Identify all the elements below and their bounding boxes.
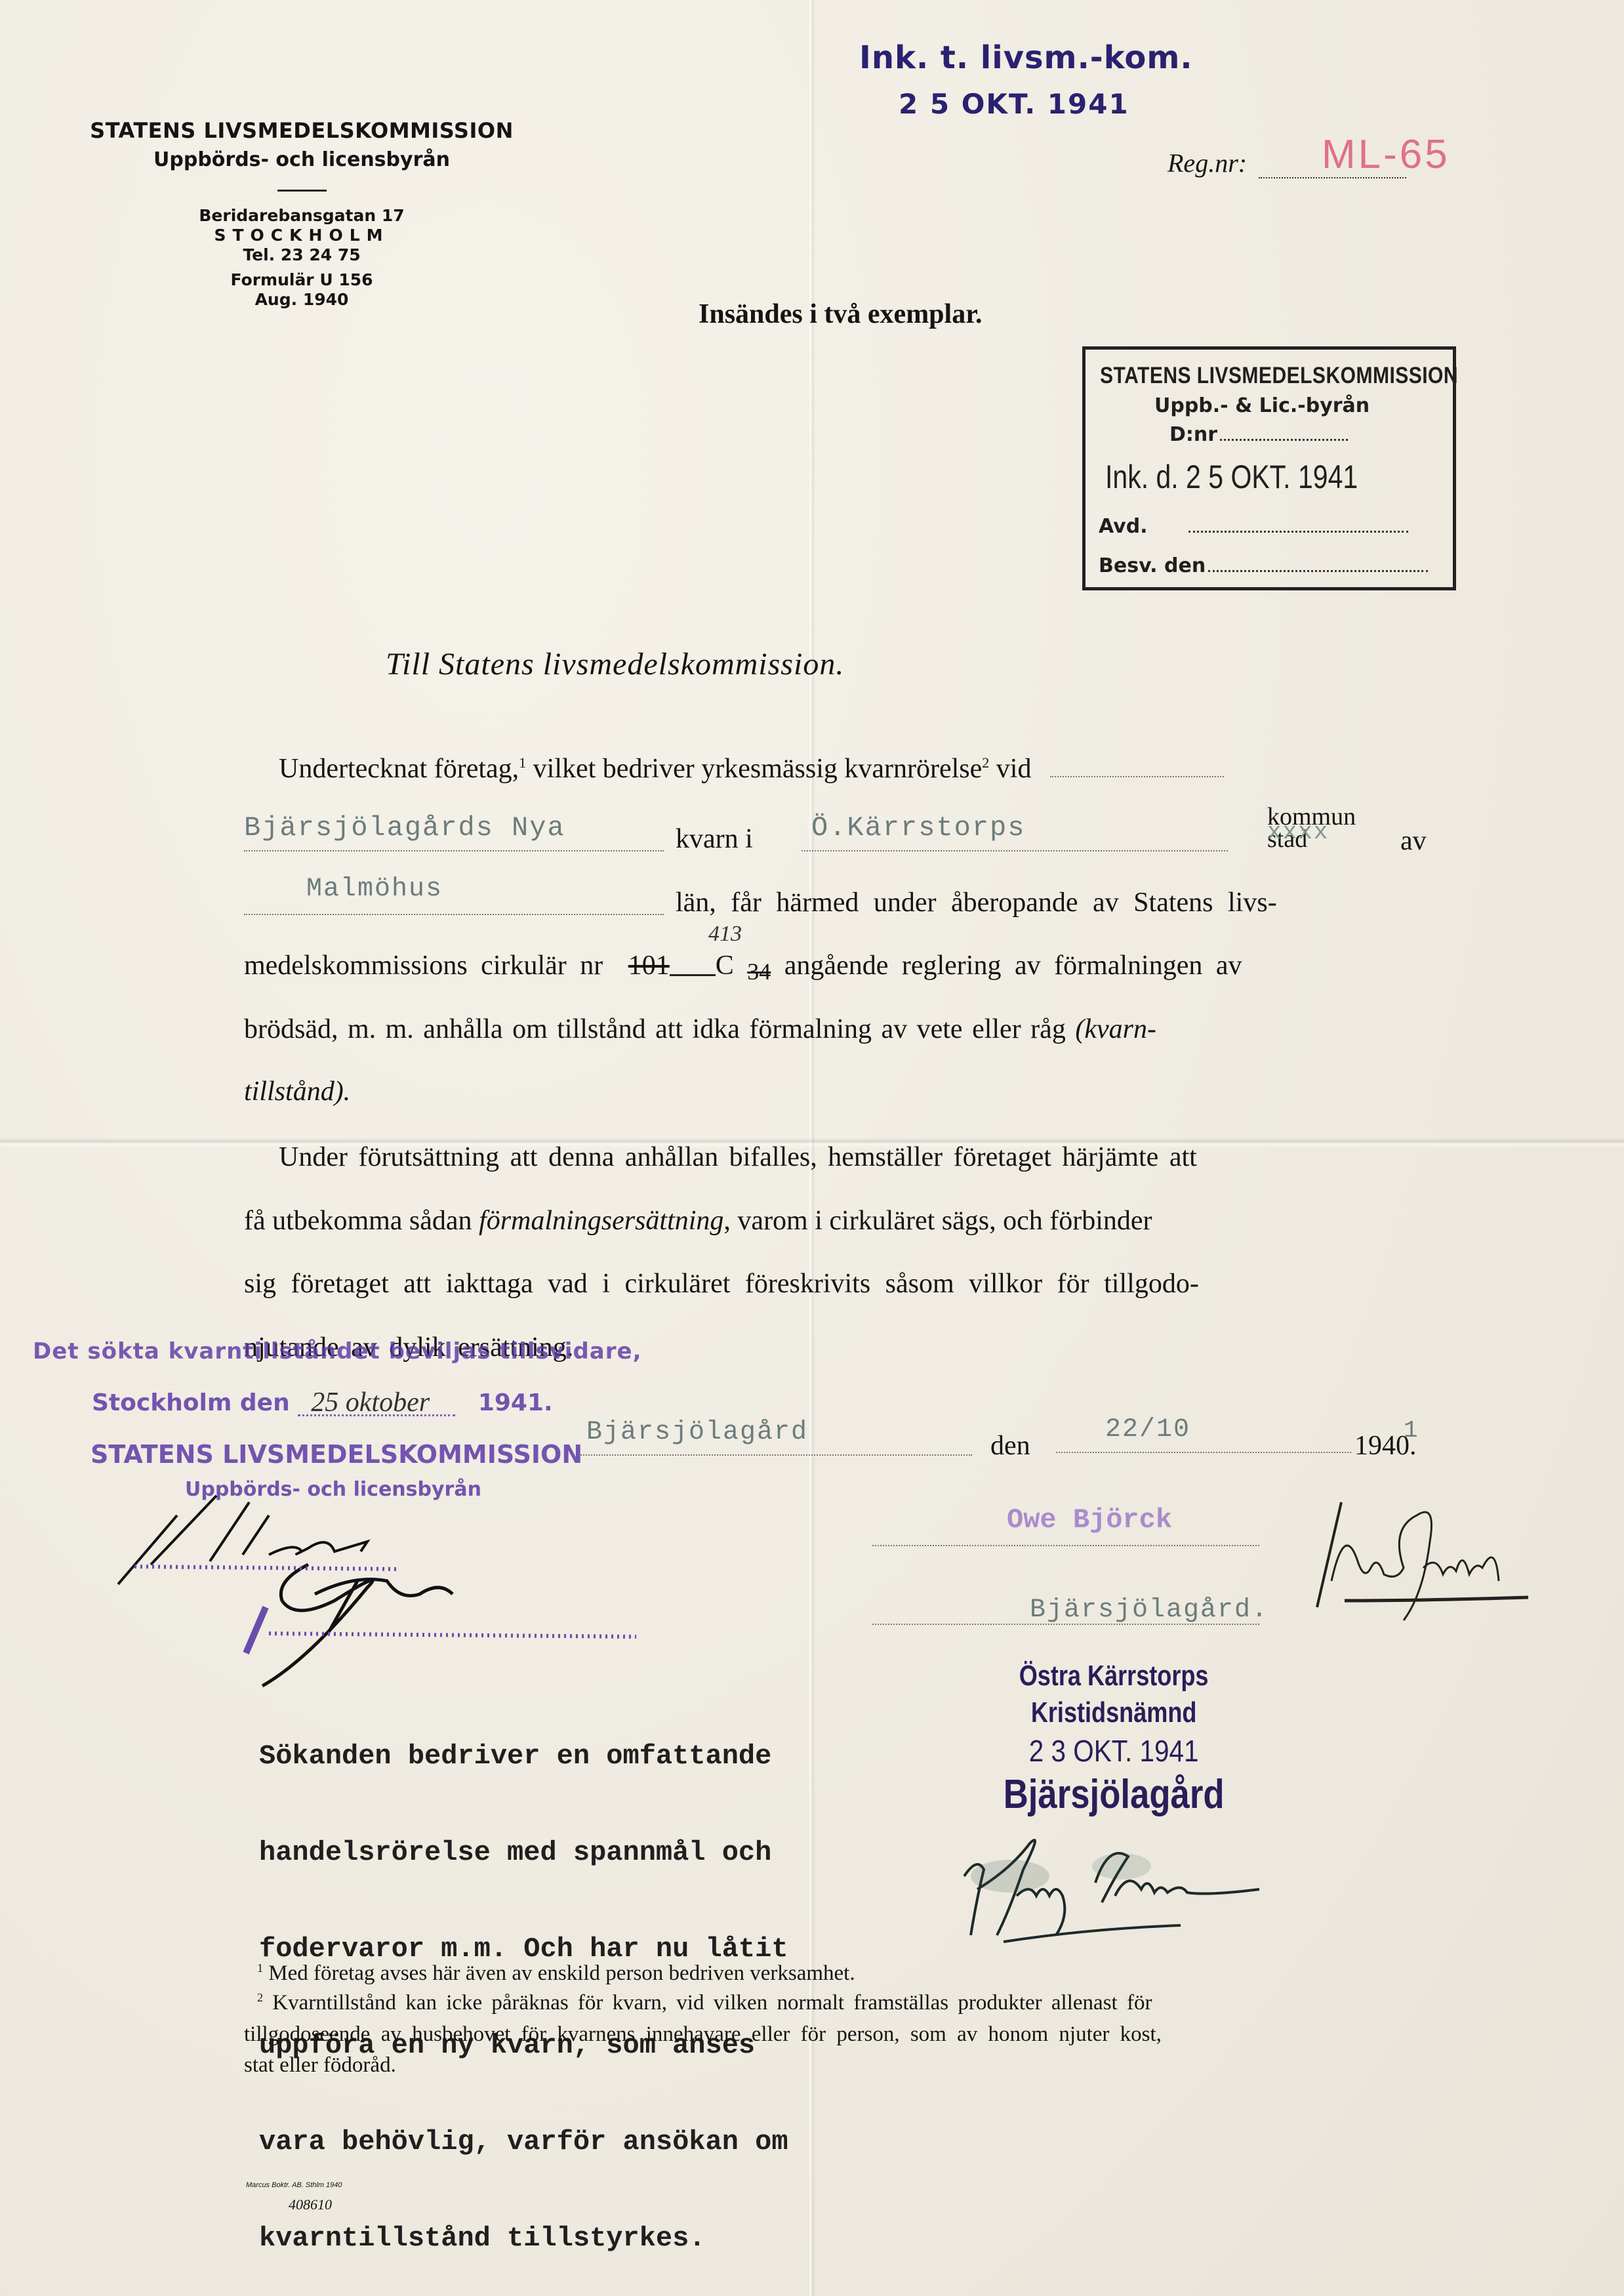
date-field[interactable]: 22/10 xyxy=(1056,1420,1351,1453)
dnr-dotted-line xyxy=(1220,423,1348,441)
kristid-stamp-line-2: Kristidsnämnd xyxy=(1007,1696,1221,1729)
approval-signatures xyxy=(112,1489,636,1692)
approval-stamp-line-1: Det sökta kvarntillståndet beviljas till… xyxy=(33,1338,641,1364)
letterhead: STATENS LIVSMEDELSKOMMISSION Uppbörds- o… xyxy=(85,118,518,310)
box-stamp-avd: Avd. xyxy=(1099,515,1408,538)
form-date: Aug. 1940 xyxy=(85,290,518,310)
comment-line: Sökanden bedriver en omfattande xyxy=(259,1740,788,1773)
org-name: STATENS LIVSMEDELSKOMMISSION xyxy=(85,118,518,143)
avd-dotted-line xyxy=(1188,515,1408,533)
mill-name-value: Bjärsjölagårds Nya xyxy=(244,812,565,844)
incoming-box-stamp: STATENS LIVSMEDELSKOMMISSION Uppb.- & Li… xyxy=(1082,346,1456,590)
county-field[interactable]: Malmöhus xyxy=(244,876,664,915)
street-address: Beridarebansgatan 17 xyxy=(85,206,518,226)
name-field[interactable]: Owe Björck xyxy=(872,1519,1259,1546)
place-field[interactable]: Bjärsjölagård xyxy=(579,1420,972,1456)
handwritten-circular-number: 413 xyxy=(708,922,742,947)
kristid-stamp-date: 2 3 OKT. 1941 xyxy=(1000,1733,1228,1769)
text: vid xyxy=(996,754,1032,784)
kristid-stamp-line-1: Östra Kärrstorps xyxy=(1007,1660,1221,1692)
comment-line: fodervaror m.m. Och har nu låtit xyxy=(259,1933,788,1965)
circular-letter: C xyxy=(716,951,734,981)
approval-year: 1941. xyxy=(478,1389,553,1416)
approval-stamp-org: STATENS LIVSMEDELSKOMMISSION xyxy=(91,1440,582,1469)
body-line-3: län, får härmed under åberopande av Stat… xyxy=(676,887,1277,918)
footnote-2-line-3: stat eller födoråd. xyxy=(244,2053,396,2078)
approval-date-handwritten: 25 oktober xyxy=(311,1387,430,1418)
received-stamp-label: Ink. t. livsm.-kom. xyxy=(859,39,1193,76)
text-italic: (kvarn- xyxy=(1075,1014,1156,1044)
footnote-text: Med företag avses här även av enskild pe… xyxy=(268,1961,855,1985)
body-line-6: tillstånd). xyxy=(244,1076,350,1107)
text: brödsäd, m. m. anhålla om tillstånd att … xyxy=(244,1014,1066,1044)
kristid-stamp-place: Bjärsjölagård xyxy=(1004,1771,1225,1818)
body-line-1: Undertecknat företag,1 vilket bedriver y… xyxy=(279,753,1472,785)
text-italic: förmalningsersättning xyxy=(479,1206,723,1236)
municipality-value: Ö.Kärrstorps xyxy=(811,812,1025,844)
text: Undertecknat företag, xyxy=(279,754,519,784)
received-stamp: Ink. t. livsm.-kom. 2 5 OKT. 1941 xyxy=(859,39,1193,120)
received-stamp-date: 2 5 OKT. 1941 xyxy=(899,88,1193,120)
body-line-5: brödsäd, m. m. anhålla om tillstånd att … xyxy=(244,1014,1156,1045)
registration-value: ML-65 xyxy=(1322,131,1450,178)
avd-label: Avd. xyxy=(1099,515,1148,538)
approval-date-field[interactable]: 25 oktober xyxy=(298,1395,455,1416)
para2-line-3: sig företaget att iakttaga vad i cirkulä… xyxy=(244,1268,1199,1300)
mill-name-field[interactable]: Bjärsjölagårds Nya xyxy=(244,812,664,851)
text: medelskommissions cirkulär nr xyxy=(244,951,603,981)
footnote-2: 2 Kvarntillstånd kan icke påräknas för k… xyxy=(257,1991,1152,2015)
box-stamp-subtitle: Uppb.- & Lic.-byrån xyxy=(1154,394,1370,417)
footnote-ref-1: 1 xyxy=(519,754,526,771)
municipality-field[interactable]: Ö.Kärrstorps xyxy=(802,812,1228,851)
box-stamp-dnr: D:nr xyxy=(1169,423,1348,446)
text: vilket bedriver yrkesmässig kvarnrörelse xyxy=(533,754,983,784)
signature-owe-bjorck xyxy=(1305,1502,1535,1633)
printer-imprint: Marcus Boktr. AB. Sthlm 1940 xyxy=(246,2181,342,2189)
box-stamp-title: STATENS LIVSMEDELSKOMMISSION xyxy=(1100,363,1458,389)
footnote-ref-2: 2 xyxy=(982,754,989,771)
footnote-mark: 2 xyxy=(257,1991,263,2004)
comment-line: handelsrörelse med spannmål och xyxy=(259,1837,788,1869)
strike-line xyxy=(670,960,716,976)
city: STOCKHOLM xyxy=(85,226,518,245)
para2-line-2: få utbekomma sådan förmalningsersättning… xyxy=(244,1205,1152,1237)
footnote-1: 1 Med företag avses här även av enskild … xyxy=(257,1961,855,1986)
name-stamp: Owe Björck xyxy=(1007,1504,1172,1536)
besv-label: Besv. den xyxy=(1099,554,1206,577)
kommun-stad-choice: kommun xxxx stad xyxy=(1267,806,1356,850)
circular-number: 34 xyxy=(747,958,771,985)
box-stamp-date: Ink. d. 2 5 OKT. 1941 xyxy=(1105,458,1358,496)
dotted-line xyxy=(1050,756,1224,777)
comment-line: vara behövlig, varför ansökan om xyxy=(259,2126,788,2158)
body-line-4: medelskommissions cirkulär nr 101C 34 an… xyxy=(244,950,1242,981)
phone: Tel. 23 24 75 xyxy=(85,245,518,265)
text: få utbekomma sådan xyxy=(244,1206,472,1236)
box-stamp-besv: Besv. den xyxy=(1099,554,1428,577)
place-value: Bjärsjölagård xyxy=(586,1418,808,1447)
department: Uppbörds- och licensbyrån xyxy=(85,148,518,171)
kvarn-i-label: kvarn i xyxy=(676,823,753,855)
dnr-label: D:nr xyxy=(1169,423,1217,446)
text: angående reglering av förmalningen av xyxy=(784,951,1242,981)
print-number: 408610 xyxy=(289,2196,332,2213)
footnote-mark: 1 xyxy=(257,1961,263,1975)
divider xyxy=(277,190,327,192)
approval-stamp-date-line: Stockholm den 25 oktober 1941. xyxy=(92,1389,553,1416)
addressee: Till Statens livsmedelskommission. xyxy=(386,646,844,682)
signature-hugo-malen xyxy=(958,1830,1351,1948)
kristid-stamp: Östra Kärrstorps Kristidsnämnd 2 3 OKT. … xyxy=(984,1660,1244,1818)
address-value: Bjärsjölagård. xyxy=(1030,1595,1269,1625)
registration-label: Reg.nr: xyxy=(1167,148,1247,178)
date-value: 22/10 xyxy=(1105,1415,1190,1445)
para2-line-1: Under förutsättning att denna anhållan b… xyxy=(279,1141,1197,1173)
footnote-text: Kvarntillstånd kan icke påräknas för kva… xyxy=(272,1991,1152,2015)
submission-instruction: Insändes i två exemplar. xyxy=(699,298,983,330)
struck-typed-x: xxxx xyxy=(1267,821,1329,844)
county-value: Malmöhus xyxy=(306,874,443,904)
den-label: den xyxy=(990,1430,1030,1462)
struck-circular-number: 101 xyxy=(628,951,670,981)
year-typed-correction: 1 xyxy=(1404,1417,1419,1444)
comment-line: kvarntillstånd tillstyrkes. xyxy=(259,2223,788,2255)
text: , varom i cirkuläret sägs, och förbinder xyxy=(723,1206,1152,1236)
form-number: Formulär U 156 xyxy=(85,270,518,290)
footnote-2-line-2: tillgodoseende av husbehovet för kvarnen… xyxy=(244,2022,1162,2047)
besv-dotted-line xyxy=(1208,557,1428,572)
av-label: av xyxy=(1400,825,1427,857)
approval-place: Stockholm den xyxy=(92,1389,290,1416)
